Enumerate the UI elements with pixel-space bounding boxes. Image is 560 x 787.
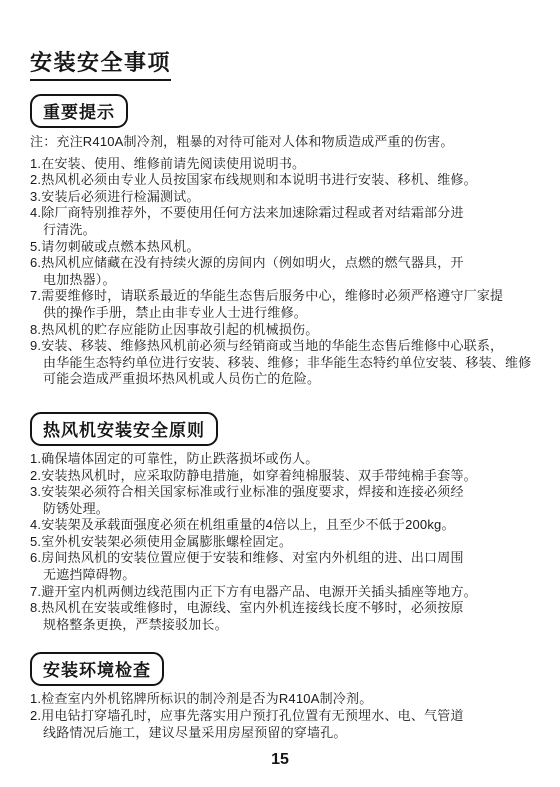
list-item-line: 2.安装热风机时，应采取防静电措施，如穿着纯棉服装、双手带纯棉手套等。 xyxy=(30,468,542,485)
list-item-line: 7.需要维修时，请联系最近的华能生态售后服务中心，维修时必须严格遵守厂家提 xyxy=(30,288,542,305)
list-item-line: 1.检查室内外机铭牌所标识的制冷剂是否为R410A制冷剂。 xyxy=(30,691,542,708)
list-item-line: 8.热风机在安装或维修时，电源线、室内外机连接线长度不够时，必须按原 xyxy=(30,600,542,617)
list-item-line: 4.除厂商特别推荐外，不要使用任何方法来加速除霜过程或者对结霜部分进 xyxy=(30,205,542,222)
list-item-continuation-line: 电加热器）。 xyxy=(30,272,542,289)
page-title: 安装安全事项 xyxy=(30,46,171,81)
section-badge-installation-environment-check: 安装环境检查 xyxy=(30,652,164,686)
list-item-line: 9.安装、移装、维修热风机前必须与经销商或当地的华能生态售后维修中心联系， xyxy=(30,338,542,355)
page-number: 15 xyxy=(0,751,560,769)
list-item-line: 1.在安装、使用、维修前请先阅读使用说明书。 xyxy=(30,156,542,173)
list-item-continuation-line: 无遮挡障碍物。 xyxy=(30,567,542,584)
list-item-continuation-line: 供的操作手册，禁止由非专业人士进行维修。 xyxy=(30,305,542,322)
list-item-line: 3.安装后必须进行检漏测试。 xyxy=(30,189,542,206)
list-item-continuation-line: 行清洗。 xyxy=(30,222,542,239)
section-badge-installation-safety-principles: 热风机安装安全原则 xyxy=(30,412,218,446)
list-item-line: 2.热风机必须由专业人员按国家布线规则和本说明书进行安装、移机、维修。 xyxy=(30,172,542,189)
list-item-line: 2.用电钻打穿墙孔时，应事先落实用户预打孔位置有无预埋水、电、气管道 xyxy=(30,708,542,725)
list-item-line: 3.安装架必须符合相关国家标准或行业标准的强度要求，焊接和连接必须经 xyxy=(30,484,542,501)
list-item-continuation-line: 由华能生态特约单位进行安装、移装、维修；非华能生态特约单位安装、移装、维修 xyxy=(30,355,542,372)
list-item-continuation-line: 规格整条更换，严禁接驳加长。 xyxy=(30,617,542,634)
list-item-line: 7.避开室内机两侧边线范围内正下方有电器产品、电源开关插头插座等地方。 xyxy=(30,584,542,601)
list-item-line: 8.热风机的贮存应能防止因事故引起的机械损伤。 xyxy=(30,322,542,339)
section-installation-environment-check: 安装环境检查 1.检查室内外机铭牌所标识的制冷剂是否为R410A制冷剂。2.用电… xyxy=(30,652,542,741)
list-item-line: 5.请勿刺破或点燃本热风机。 xyxy=(30,239,542,256)
list-item-continuation-line: 防锈处理。 xyxy=(30,501,542,518)
list-item-line: 1.确保墙体固定的可靠性，防止跌落损坏或伤人。 xyxy=(30,451,542,468)
manual-page: 安装安全事项 重要提示 注：充注R410A制冷剂，粗暴的对待可能对人体和物质造成… xyxy=(0,0,560,787)
section-important-notice: 重要提示 注：充注R410A制冷剂，粗暴的对待可能对人体和物质造成严重的伤害。 … xyxy=(30,94,542,388)
list-item-line: 6.房间热风机的安装位置应便于安装和维修、对室内外机组的进、出口周围 xyxy=(30,550,542,567)
installation-environment-check-list: 1.检查室内外机铭牌所标识的制冷剂是否为R410A制冷剂。2.用电钻打穿墙孔时，… xyxy=(30,691,542,741)
section-badge-important-notice: 重要提示 xyxy=(30,94,128,128)
important-notice-list: 1.在安装、使用、维修前请先阅读使用说明书。2.热风机必须由专业人员按国家布线规… xyxy=(30,156,542,388)
important-note: 注：充注R410A制冷剂，粗暴的对待可能对人体和物质造成严重的伤害。 xyxy=(30,134,542,151)
list-item-continuation-line: 可能会造成严重损坏热风机或人员伤亡的危险。 xyxy=(30,371,542,388)
list-item-continuation-line: 线路情况后施工，建议尽量采用房屋预留的穿墙孔。 xyxy=(30,725,542,742)
list-item-line: 4.安装架及承载面强度必须在机组重量的4倍以上，且至少不低于200kg。 xyxy=(30,517,542,534)
installation-safety-principles-list: 1.确保墙体固定的可靠性，防止跌落损坏或伤人。2.安装热风机时，应采取防静电措施… xyxy=(30,451,542,634)
list-item-line: 6.热风机应储藏在没有持续火源的房间内（例如明火，点燃的燃气器具，开 xyxy=(30,255,542,272)
list-item-line: 5.室外机安装架必须使用金属膨胀螺栓固定。 xyxy=(30,534,542,551)
section-installation-safety-principles: 热风机安装安全原则 1.确保墙体固定的可靠性，防止跌落损坏或伤人。2.安装热风机… xyxy=(30,412,542,634)
